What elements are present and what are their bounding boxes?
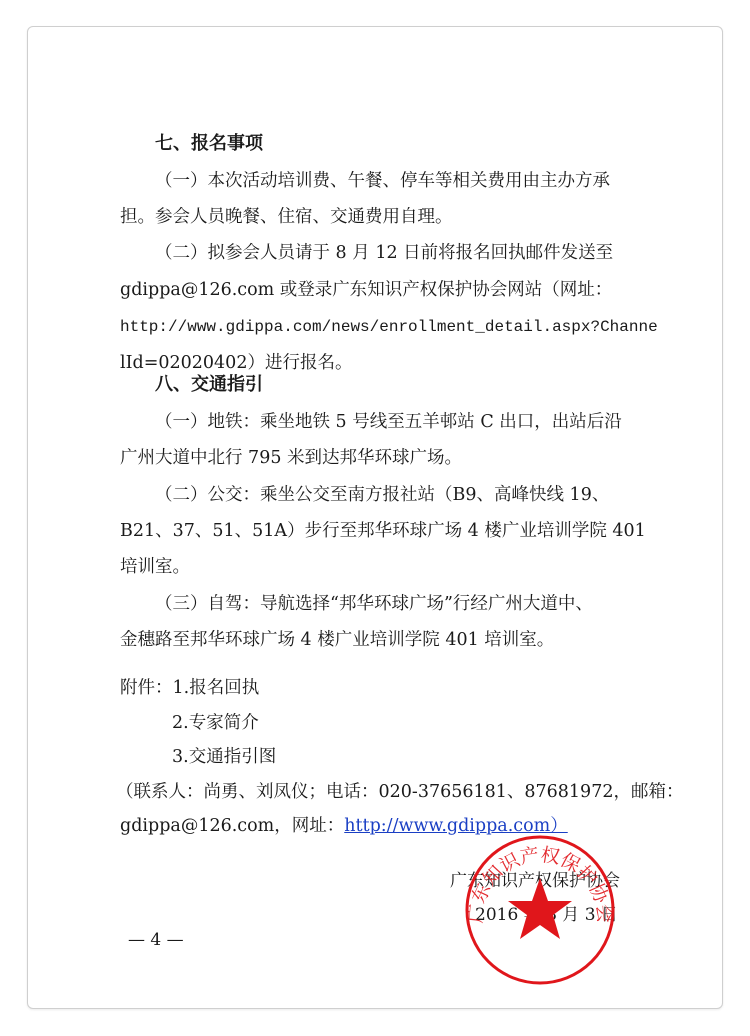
attachment-item: 3.交通指引图	[172, 746, 276, 768]
paragraph-line: 广州大道中北行 795 米到达邦华环球广场。	[120, 447, 462, 469]
paragraph-line: （三）自驾：导航选择“邦华环球广场”行经广州大道中、	[155, 593, 593, 615]
attachment-item: 2.专家简介	[172, 712, 259, 734]
paragraph-line: 培训室。	[120, 556, 190, 578]
paragraph-line: B21、37、51、51A）步行至邦华环球广场 4 楼广业培训学院 401	[120, 520, 646, 542]
paragraph-line: gdippa@126.com 或登录广东知识产权保护协会网站（网址：	[120, 279, 612, 301]
contact-line-2: gdippa@126.com，网址：http://www.gdippa.com）	[120, 815, 568, 837]
paragraph-line: （一）本次活动培训费、午餐、停车等相关费用由主办方承	[155, 170, 610, 192]
signing-organization: 广东知识产权保护协会	[450, 866, 620, 891]
paragraph-line: （一）地铁：乘坐地铁 5 号线至五羊邨站 C 出口，出站后沿	[155, 411, 622, 433]
paragraph-line: （二）公交：乘坐公交至南方报社站（B9、高峰快线 19、	[155, 484, 609, 506]
paragraph-line: （二）拟参会人员请于 8 月 12 日前将报名回执邮件发送至	[155, 242, 613, 264]
paragraph-line: 担。参会人员晚餐、住宿、交通费用自理。	[120, 206, 453, 228]
registration-url-line: http://www.gdippa.com/news/enrollment_de…	[120, 316, 658, 338]
contact-email-site-label: gdippa@126.com，网址：	[120, 816, 344, 836]
section-heading-transport: 八、交通指引	[155, 374, 263, 396]
paragraph-line: lId=02020402）进行报名。	[120, 352, 352, 374]
contact-line: （联系人：尚勇、刘凤仪；电话：020-37656181、87681972，邮箱：	[116, 781, 683, 803]
paragraph-line: 金穗路至邦华环球广场 4 楼广业培训学院 401 培训室。	[120, 629, 554, 651]
section-heading-registration: 七、报名事项	[155, 133, 263, 155]
signing-date: 2016 年 8 月 3 日	[475, 900, 618, 925]
page-number: — 4 —	[128, 930, 184, 950]
attachments-label: 附件：1.报名回执	[120, 677, 259, 699]
website-link[interactable]: http://www.gdippa.com）	[344, 816, 567, 836]
